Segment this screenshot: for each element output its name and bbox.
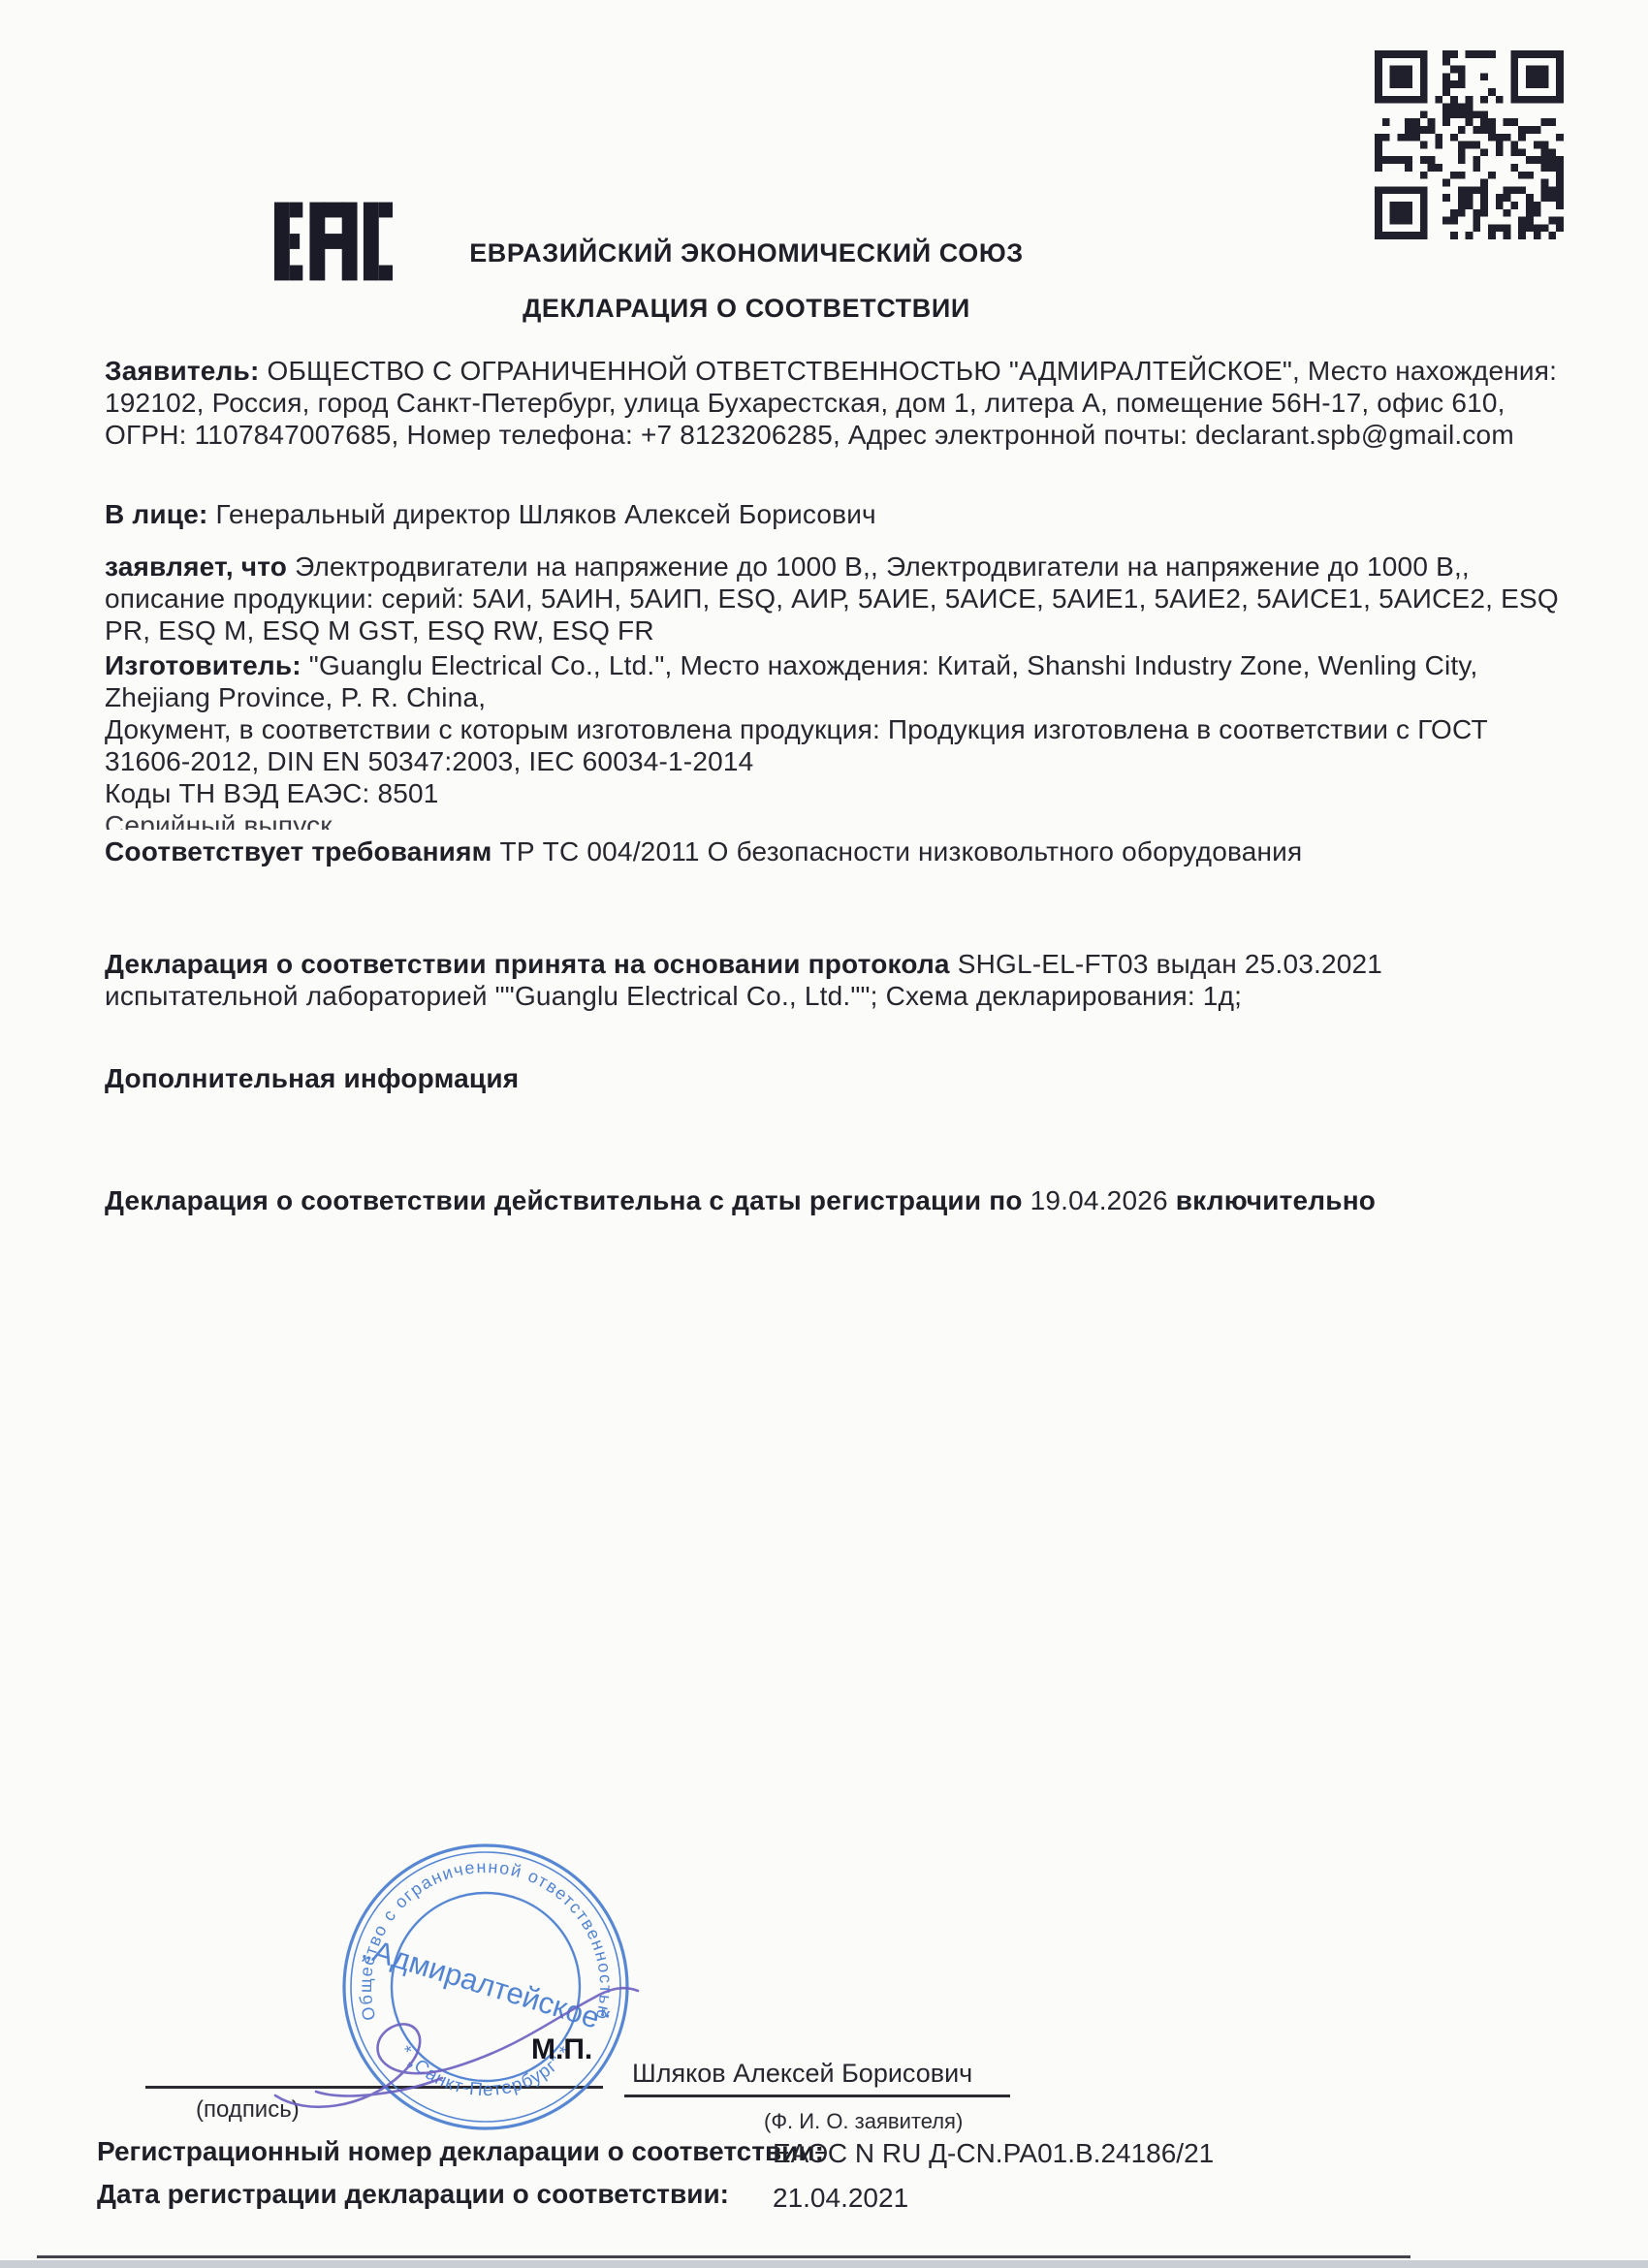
qr-code (1375, 50, 1564, 239)
basis-label: Декларация о соответствии принята на осн… (105, 949, 950, 979)
serial-text: Серийный выпуск (105, 810, 333, 830)
registration-date-label: Дата регистрации декларации о соответств… (97, 2179, 729, 2210)
declares-paragraph: заявляет, что Электродвигатели на напряж… (105, 551, 1559, 646)
manufacturer-label: Изготовитель: (105, 650, 301, 680)
manufacturer-text: "Guanglu Electrical Co., Ltd.", Место на… (105, 650, 1478, 712)
declares-label: заявляет, что (105, 551, 287, 582)
scan-background-band (0, 2260, 1648, 2268)
applicant-paragraph: Заявитель: ОБЩЕСТВО С ОГРАНИЧЕННОЙ ОТВЕТ… (105, 355, 1559, 451)
person-paragraph: В лице: Генеральный директор Шляков Алек… (105, 498, 1559, 530)
registration-date-value: 21.04.2021 (773, 2183, 908, 2214)
tnved-text: Коды ТН ВЭД ЕАЭС: 8501 (105, 778, 439, 808)
registration-number-label: Регистрационный номер декларации о соотв… (97, 2136, 824, 2167)
union-title: ЕВРАЗИЙСКИЙ ЭКОНОМИЧЕСКИЙ СОЮЗ (145, 238, 1347, 268)
standards-text: Документ, в соответствии с которым изгот… (105, 714, 1488, 776)
signature-ink (258, 1977, 655, 2123)
conformity-paragraph: Соответствует требованиям ТР ТС 004/2011… (105, 835, 1559, 867)
fio-line (624, 2095, 1010, 2097)
fio-caption: (Ф. И. О. заявителя) (764, 2109, 963, 2134)
declares-text: Электродвигатели на напряжение до 1000 В… (105, 551, 1559, 646)
person-label: В лице: (105, 499, 208, 529)
applicant-label: Заявитель: (105, 356, 260, 386)
declaration-document-page: ЕАС ЕВРАЗИЙСКИЙ ЭКОНОМИЧЕСКИЙ СОЮЗ ДЕКЛА… (0, 0, 1648, 2268)
page-bottom-edge (37, 2255, 1410, 2258)
standards-paragraph: Документ, в соответствии с которым изгот… (105, 713, 1559, 777)
additional-info-heading: Дополнительная информация (105, 1062, 1559, 1094)
validity-label-end: включительно (1168, 1185, 1376, 1215)
tnved-line: Коды ТН ВЭД ЕАЭС: 8501 (105, 777, 1559, 809)
conformity-text: ТР ТС 004/2011 О безопасности низковольт… (492, 836, 1303, 866)
title-block: ЕВРАЗИЙСКИЙ ЭКОНОМИЧЕСКИЙ СОЮЗ ДЕКЛАРАЦИ… (145, 238, 1347, 324)
registration-number-value: ЕАЭС N RU Д-CN.РА01.В.24186/21 (773, 2138, 1214, 2169)
validity-paragraph: Декларация о соответствии действительна … (105, 1184, 1559, 1216)
manufacturer-paragraph: Изготовитель: "Guanglu Electrical Co., L… (105, 649, 1559, 713)
validity-label-start: Декларация о соответствии действительна … (105, 1185, 1030, 1215)
person-text: Генеральный директор Шляков Алексей Бори… (208, 499, 876, 529)
stamp-place-label: М.П. (531, 2033, 592, 2066)
applicant-text: ОБЩЕСТВО С ОГРАНИЧЕННОЙ ОТВЕТСТВЕННОСТЬЮ… (105, 356, 1557, 450)
basis-paragraph: Декларация о соответствии принята на осн… (105, 948, 1559, 1012)
serial-line-clipped: Серийный выпуск (105, 809, 1559, 830)
conformity-label: Соответствует требованиям (105, 836, 492, 866)
document-title: ДЕКЛАРАЦИЯ О СООТВЕТСТВИИ (145, 294, 1347, 324)
validity-date: 19.04.2026 (1030, 1185, 1168, 1215)
applicant-fio-name: Шляков Алексей Борисович (632, 2059, 972, 2089)
